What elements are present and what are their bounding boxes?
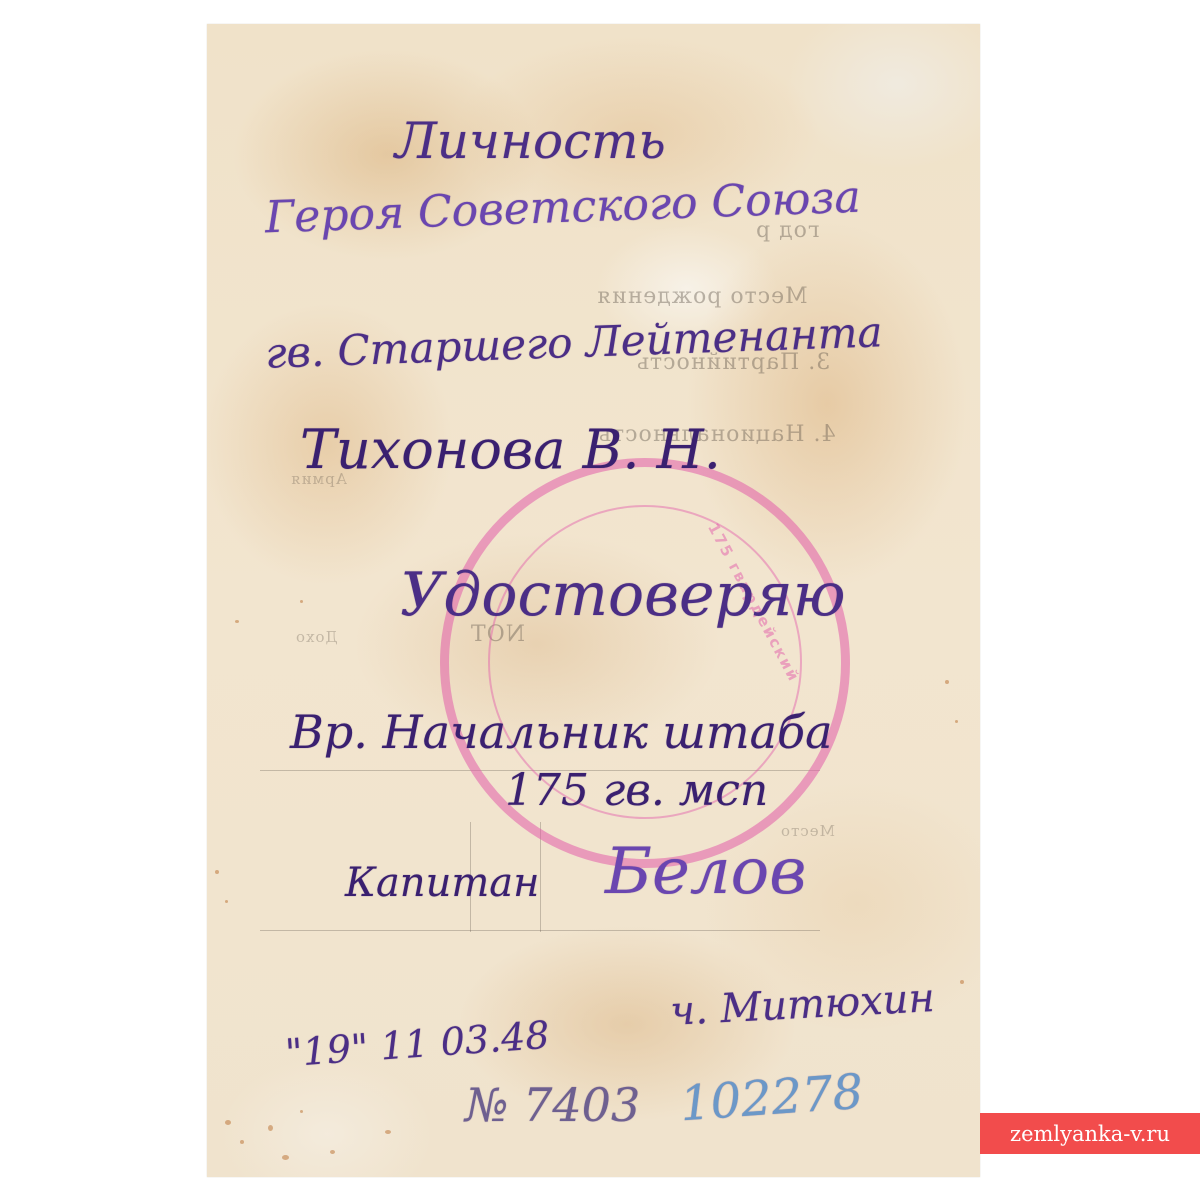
ghost-text: Место рождения <box>596 284 808 309</box>
ghost-text: Дохо <box>295 628 338 646</box>
handwritten-line-chief-of-staff: Вр. Начальник штаба <box>290 705 833 759</box>
handwritten-line-name: Тихонова В. Н. <box>300 418 721 481</box>
handwritten-line-certify: Удостоверяю <box>400 560 846 630</box>
site-watermark: zemlyanka-v.ru <box>980 1113 1200 1154</box>
watermark-text: zemlyanka-v.ru <box>1010 1122 1170 1146</box>
handwritten-line-captain: Капитан <box>345 860 539 906</box>
handwritten-line-lichnost: Личность <box>395 112 666 170</box>
signature-belov: Белов <box>605 835 806 909</box>
handwritten-line-regiment: 175 гв. мсп <box>505 765 768 816</box>
handwritten-number: № 7403 <box>465 1078 640 1132</box>
